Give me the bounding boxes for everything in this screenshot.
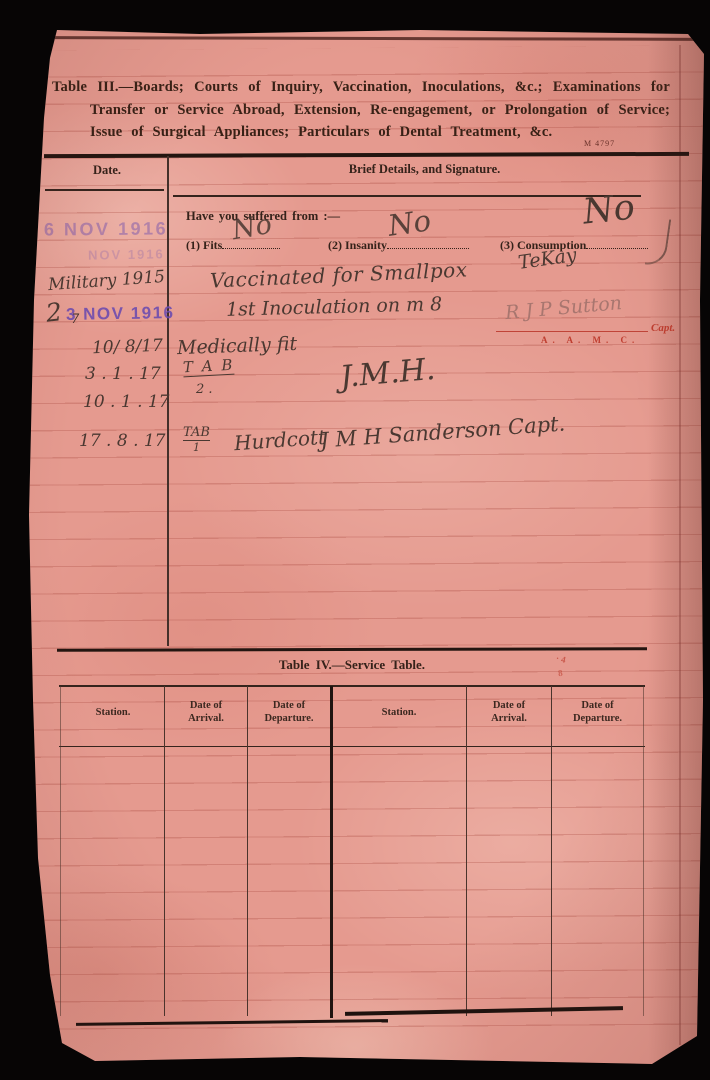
answer-no-2: No [386, 203, 433, 243]
table4-divider-2 [247, 686, 248, 1016]
entry-vaccinated: Vaccinated for Smallpox [210, 257, 468, 292]
table4-header-rule [59, 746, 645, 747]
page-title-line-1: Table III.—Boards; Courts of Inquiry, Va… [52, 76, 670, 99]
table4-col-departure-1: Date of Departure. [249, 699, 329, 725]
table4-col-arrival-2-l1: Date of [468, 699, 550, 712]
table3-top-rule [44, 152, 689, 158]
page-title-line-2: Transfer or Service Abroad, Extension, R… [52, 99, 670, 122]
table4-divider-5 [551, 686, 552, 1016]
form-number: M 4797 [584, 139, 615, 148]
stamp-3-nov-1916: 3 NOV 1916 [66, 303, 175, 325]
page-title: Table III.—Boards; Courts of Inquiry, Va… [52, 76, 670, 144]
table3-header-date: Date. [48, 163, 166, 178]
stamp-faded-nov-1916: NOV 1916 [88, 246, 165, 262]
scanned-document: Table III.—Boards; Courts of Inquiry, Va… [0, 0, 710, 1080]
insanity-dotted-leader [387, 238, 469, 249]
table4-divider-4 [466, 686, 467, 1016]
entry-tab-2-fraction: TAB 1 [183, 425, 210, 454]
sutton-signature: R J P Sutton [504, 292, 623, 324]
table4-col-departure-2-l2: Departure. [553, 712, 642, 725]
entry-tab-1-dose: 2 . [196, 382, 213, 397]
consumption-dotted-leader [586, 238, 648, 249]
table4-border-left [60, 686, 61, 1016]
table4-center-divider [330, 686, 333, 1018]
question-item-insanity-label: (2) Insanity [328, 238, 387, 252]
question-item-consumption: (3) Consumption [500, 238, 648, 253]
entry-tab-2: TAB [183, 425, 210, 441]
table4-border-right [643, 686, 644, 1016]
table4-col-station-1: Station. [62, 706, 164, 719]
entry-date-military-1915: Military 1915 [47, 267, 165, 295]
entry-tab-1: T A B [183, 356, 235, 378]
question-item-fits: (1) Fits [186, 238, 280, 253]
table3-header-details: Brief Details, and Signature. [172, 162, 677, 177]
table4-col-departure-2-l1: Date of [553, 699, 642, 712]
table4-red-mark-2: 8 [557, 668, 563, 679]
capt-label: Capt. [651, 322, 675, 334]
table3-column-divider [167, 156, 169, 646]
stamp-6-nov-1916: 6 NOV 1916 [44, 218, 168, 240]
page-title-line-3: Issue of Surgical Appliances; Particular… [52, 121, 670, 144]
table4-col-arrival-1-l1: Date of [166, 699, 246, 712]
question-item-insanity: (2) Insanity [328, 238, 469, 253]
table4-col-station-2: Station. [333, 706, 465, 719]
entry-hurdcott: Hurdcott [233, 425, 326, 455]
sanderson-signature: J M H Sanderson Capt. [319, 411, 565, 452]
ruled-lines [0, 45, 710, 1051]
stamp-23-nov-pencil-2: 2 [45, 297, 64, 328]
entry-tab-2-dose: 1 [183, 441, 210, 454]
right-crease-line [679, 45, 681, 1045]
table3-details-underline [173, 195, 641, 197]
entry-date-3-1-17: 3 . 1 . 17 [85, 364, 161, 384]
entry-date-10-8-17: 10/ 8/17 [92, 336, 164, 358]
table4-bottom-rule-right [345, 1006, 623, 1015]
table4-col-arrival-2-l2: Arrival. [468, 712, 550, 725]
entry-date-17-8-17: 17 . 8 . 17 [79, 431, 166, 451]
answer-no-3-flourish [645, 217, 671, 267]
question-lead: Have you suffered from :— [186, 209, 340, 224]
right-edge-shadow [648, 0, 710, 1080]
entry-inoculation: 1st Inoculation on m 8 [226, 293, 443, 321]
entry-vaccinated-signature: TeKay [517, 244, 578, 274]
corps-label: A. A. M. C. [541, 335, 639, 345]
question-item-consumption-label: (3) Consumption [500, 238, 586, 252]
paper-sheet: Table III.—Boards; Courts of Inquiry, Va… [0, 0, 710, 1080]
table4-col-station-1-l1: Station. [96, 707, 131, 718]
question-item-fits-label: (1) Fits [186, 238, 222, 252]
top-edge-line [55, 36, 695, 40]
table4-col-arrival-1-l2: Arrival. [166, 712, 246, 725]
stamp-23-nov-pencil-7: 7 [71, 312, 79, 327]
table3-date-underline [45, 189, 164, 191]
table4-titlebox-rule [59, 685, 645, 687]
answer-no-3: No [581, 187, 637, 232]
table4-red-mark-1: · 4 [555, 653, 567, 665]
fits-dotted-leader [222, 238, 280, 249]
table4-divider-1 [164, 686, 165, 1016]
signature-rule [496, 331, 648, 332]
table4-top-rule [57, 647, 647, 652]
answer-no-1: No [230, 209, 275, 246]
table4-col-arrival-2: Date of Arrival. [468, 699, 550, 725]
entry-date-10-1-17: 10 . 1 . 17 [83, 392, 170, 412]
entry-medically-fit: Medically fit [177, 333, 298, 359]
table4-col-departure-2: Date of Departure. [553, 699, 642, 725]
table4-col-departure-1-l2: Departure. [249, 712, 329, 725]
table4-col-departure-1-l1: Date of [249, 699, 329, 712]
table4-bottom-rule-left [76, 1019, 388, 1026]
table4-title: Table IV.—Service Table. [60, 657, 644, 673]
table4-col-station-2-l1: Station. [382, 707, 417, 718]
table4-col-arrival-1: Date of Arrival. [166, 699, 246, 725]
jmh-signature: J.M.H. [339, 352, 437, 395]
